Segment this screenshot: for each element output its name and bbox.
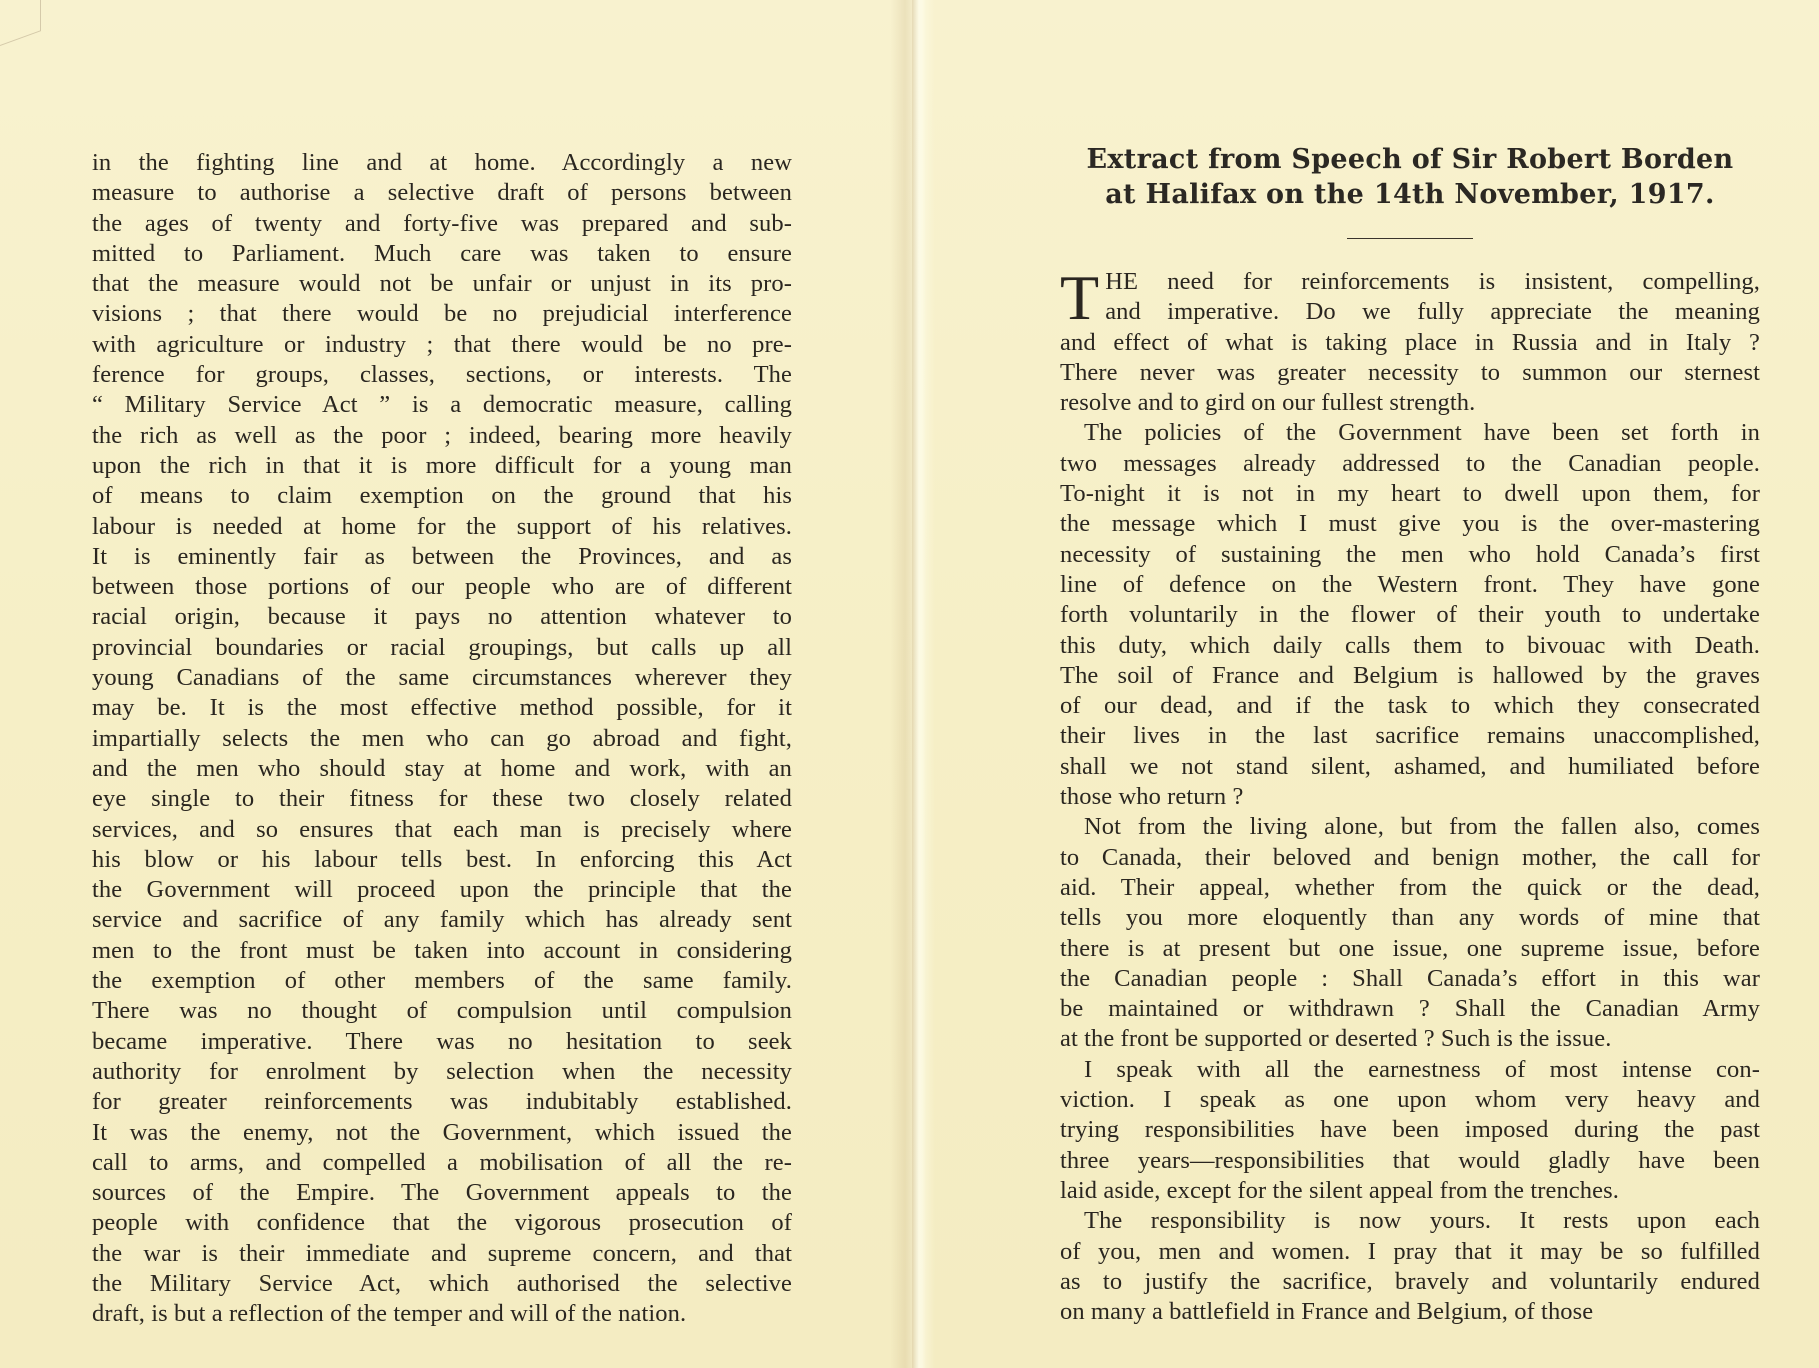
text-line: the rich as well as the poor ; indeed, b… bbox=[92, 421, 792, 451]
page-fold bbox=[912, 0, 926, 1368]
text-line: be maintained or withdrawn ? Shall the C… bbox=[1060, 994, 1760, 1024]
left-page-column: in the fighting line and at home. Accord… bbox=[92, 148, 792, 1330]
text-line: labour is needed at home for the support… bbox=[92, 512, 792, 542]
title-line-2: at Halifax on the 14th November, 1917. bbox=[1060, 177, 1760, 212]
text-line: draft, is but a reflection of the temper… bbox=[92, 1299, 792, 1329]
text-line: in the fighting line and at home. Accord… bbox=[92, 148, 792, 178]
text-line: The policies of the Government have been… bbox=[1060, 418, 1760, 448]
text-line: call to arms, and compelled a mobilisati… bbox=[92, 1148, 792, 1178]
text-line: resolve and to gird on our fullest stren… bbox=[1060, 388, 1760, 418]
text-line: the exemption of other members of the sa… bbox=[92, 966, 792, 996]
text-line: as to justify the sacrifice, bravely and… bbox=[1060, 1267, 1760, 1297]
text-line: line of defence on the Western front. Th… bbox=[1060, 570, 1760, 600]
text-line: between those portions of our people who… bbox=[92, 572, 792, 602]
text-line: There was no thought of compulsion until… bbox=[92, 996, 792, 1026]
speech-title: Extract from Speech of Sir Robert Borden… bbox=[1060, 142, 1760, 212]
text-line: there is at present but one issue, one s… bbox=[1060, 934, 1760, 964]
text-line: laid aside, except for the silent appeal… bbox=[1060, 1176, 1760, 1206]
text-line: The responsibility is now yours. It rest… bbox=[1060, 1206, 1760, 1236]
text-line: and imperative. Do we fully appreciate t… bbox=[1060, 297, 1760, 327]
text-line: of means to claim exemption on the groun… bbox=[92, 481, 792, 511]
text-line: the Government will proceed upon the pri… bbox=[92, 875, 792, 905]
text-line: at the front be supported or deserted ? … bbox=[1060, 1024, 1760, 1054]
text-line: There never was greater necessity to sum… bbox=[1060, 358, 1760, 388]
text-line: the Military Service Act, which authoris… bbox=[92, 1269, 792, 1299]
text-line: forth voluntarily in the flower of their… bbox=[1060, 600, 1760, 630]
text-line: their lives in the last sacrifice remain… bbox=[1060, 721, 1760, 751]
text-line: HE need for reinforcements is insistent,… bbox=[1060, 267, 1760, 297]
text-line: those who return ? bbox=[1060, 782, 1760, 812]
text-line: impartially selects the men who can go a… bbox=[92, 724, 792, 754]
text-line: men to the front must be taken into acco… bbox=[92, 936, 792, 966]
right-page-column: Extract from Speech of Sir Robert Borden… bbox=[1060, 142, 1760, 1327]
text-line: two messages already addressed to the Ca… bbox=[1060, 449, 1760, 479]
text-line: eye single to their fitness for these tw… bbox=[92, 784, 792, 814]
text-line: The soil of France and Belgium is hallow… bbox=[1060, 661, 1760, 691]
text-line: the ages of twenty and forty-five was pr… bbox=[92, 209, 792, 239]
text-line: with agriculture or industry ; that ther… bbox=[92, 330, 792, 360]
paragraph: THE need for reinforcements is insistent… bbox=[1060, 267, 1760, 418]
drop-cap: T bbox=[1060, 273, 1099, 323]
text-line: of our dead, and if the task to which th… bbox=[1060, 691, 1760, 721]
text-line: “ Military Service Act ” is a democratic… bbox=[92, 390, 792, 420]
text-line: tells you more eloquently than any words… bbox=[1060, 903, 1760, 933]
text-line: To-night it is not in my heart to dwell … bbox=[1060, 479, 1760, 509]
title-line-1: Extract from Speech of Sir Robert Borden bbox=[1060, 142, 1760, 177]
speech-body: THE need for reinforcements is insistent… bbox=[1060, 267, 1760, 1327]
paragraph: Not from the living alone, but from the … bbox=[1060, 812, 1760, 1054]
text-line: and the men who should stay at home and … bbox=[92, 754, 792, 784]
text-line: the message which I must give you is the… bbox=[1060, 509, 1760, 539]
text-line: the war is their immediate and supreme c… bbox=[92, 1239, 792, 1269]
paragraph: The responsibility is now yours. It rest… bbox=[1060, 1206, 1760, 1327]
text-line: visions ; that there would be no prejudi… bbox=[92, 299, 792, 329]
text-line: this duty, which daily calls them to biv… bbox=[1060, 631, 1760, 661]
text-line: that the measure would not be unfair or … bbox=[92, 269, 792, 299]
text-line: It was the enemy, not the Government, wh… bbox=[92, 1118, 792, 1148]
text-line: ference for groups, classes, sections, o… bbox=[92, 360, 792, 390]
title-divider bbox=[1347, 238, 1473, 239]
text-line: measure to authorise a selective draft o… bbox=[92, 178, 792, 208]
text-line: the Canadian people : Shall Canada’s eff… bbox=[1060, 964, 1760, 994]
text-line: young Canadians of the same circumstance… bbox=[92, 663, 792, 693]
text-line: services, and so ensures that each man i… bbox=[92, 815, 792, 845]
text-line: aid. Their appeal, whether from the quic… bbox=[1060, 873, 1760, 903]
text-line: sources of the Empire. The Government ap… bbox=[92, 1178, 792, 1208]
text-line: for greater reinforcements was indubitab… bbox=[92, 1087, 792, 1117]
text-line: may be. It is the most effective method … bbox=[92, 693, 792, 723]
text-line: became imperative. There was no hesitati… bbox=[92, 1027, 792, 1057]
text-line: racial origin, because it pays no attent… bbox=[92, 602, 792, 632]
text-line: viction. I speak as one upon whom very h… bbox=[1060, 1085, 1760, 1115]
text-line: provincial boundaries or racial grouping… bbox=[92, 633, 792, 663]
text-line: and effect of what is taking place in Ru… bbox=[1060, 328, 1760, 358]
text-line: of you, men and women. I pray that it ma… bbox=[1060, 1237, 1760, 1267]
text-line: people with confidence that the vigorous… bbox=[92, 1208, 792, 1238]
text-line: mitted to Parliament. Much care was take… bbox=[92, 239, 792, 269]
text-line: three years—responsibilities that would … bbox=[1060, 1146, 1760, 1176]
text-line: I speak with all the earnestness of most… bbox=[1060, 1055, 1760, 1085]
text-line: his blow or his labour tells best. In en… bbox=[92, 845, 792, 875]
text-line: on many a battlefield in France and Belg… bbox=[1060, 1297, 1760, 1327]
text-line: service and sacrifice of any family whic… bbox=[92, 905, 792, 935]
text-line: authority for enrolment by selection whe… bbox=[92, 1057, 792, 1087]
paragraph: I speak with all the earnestness of most… bbox=[1060, 1055, 1760, 1206]
text-line: It is eminently fair as between the Prov… bbox=[92, 542, 792, 572]
text-line: necessity of sustaining the men who hold… bbox=[1060, 540, 1760, 570]
text-line: shall we not stand silent, ashamed, and … bbox=[1060, 752, 1760, 782]
text-line: to Canada, their beloved and benign moth… bbox=[1060, 843, 1760, 873]
text-line: trying responsibilities have been impose… bbox=[1060, 1115, 1760, 1145]
text-line: upon the rich in that it is more difficu… bbox=[92, 451, 792, 481]
text-line: Not from the living alone, but from the … bbox=[1060, 812, 1760, 842]
paragraph: The policies of the Government have been… bbox=[1060, 418, 1760, 812]
